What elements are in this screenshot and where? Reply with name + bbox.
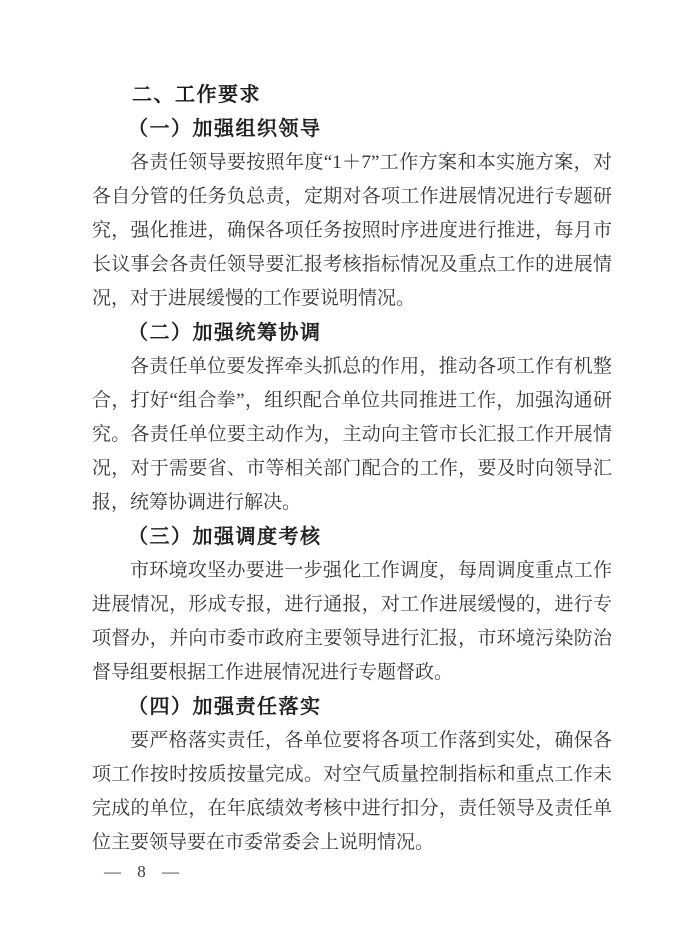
subsection-2-heading: （二）加强统筹协调: [92, 316, 612, 350]
document-section-title: 二、工作要求: [92, 78, 612, 112]
document-page: 二、工作要求 （一）加强组织领导 各责任领导要按照年度“1＋7”工作方案和本实施…: [0, 0, 700, 930]
subsection-3-paragraph: 市环境攻坚办要进一步强化工作调度，每周调度重点工作进展情况，形成专报，进行通报，…: [92, 554, 612, 690]
subsection-1: （一）加强组织领导 各责任领导要按照年度“1＋7”工作方案和本实施方案，对各自分…: [92, 112, 612, 316]
subsection-4-heading: （四）加强责任落实: [92, 690, 612, 724]
subsection-1-paragraph: 各责任领导要按照年度“1＋7”工作方案和本实施方案，对各自分管的任务负总责，定期…: [92, 146, 612, 316]
subsection-4: （四）加强责任落实 要严格落实责任，各单位要将各项工作落到实处，确保各项工作按时…: [92, 690, 612, 860]
subsection-2: （二）加强统筹协调 各责任单位要发挥牵头抓总的作用，推动各项工作有机整合，打好“…: [92, 316, 612, 520]
subsection-3-heading: （三）加强调度考核: [92, 520, 612, 554]
subsection-4-paragraph: 要严格落实责任，各单位要将各项工作落到实处，确保各项工作按时按质按量完成。对空气…: [92, 724, 612, 860]
subsection-1-heading: （一）加强组织领导: [92, 112, 612, 146]
page-number: — 8 —: [104, 862, 181, 882]
subsection-3: （三）加强调度考核 市环境攻坚办要进一步强化工作调度，每周调度重点工作进展情况，…: [92, 520, 612, 690]
subsection-2-paragraph: 各责任单位要发挥牵头抓总的作用，推动各项工作有机整合，打好“组合拳”，组织配合单…: [92, 350, 612, 520]
